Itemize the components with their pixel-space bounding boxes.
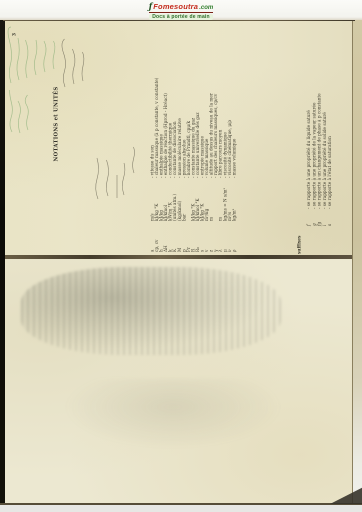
green-ink-scribbles (8, 27, 55, 133)
watermark-strip: ƒ Fomesoutra .com Docs à portée de main (0, 0, 362, 20)
screenshot-root: { "watermark": { "icon": "f-logo-icon", … (0, 0, 362, 512)
book-page: 3 NOTATIONS et UNITÉS a m/s - vitesse du… (5, 20, 352, 258)
notation-row: ρ kg/m³ - masse volumique (232, 24, 237, 252)
watermark-logo: ƒ Fomesoutra .com Docs à portée de main (149, 1, 213, 20)
brand-row: ƒ Fomesoutra .com (149, 1, 213, 13)
symbol-cell: ρ (232, 221, 237, 252)
bleedthrough-smudge (21, 267, 281, 355)
brand-suffix: .com (199, 5, 213, 11)
suffix-row: s - se rapporte à l'état de saturation (327, 24, 332, 254)
f-logo-icon: ƒ (149, 1, 152, 11)
suffix-symbol-cell: s (327, 209, 332, 226)
notation-table: a m/s - vitesse du son cp, cv kJ/kg °K -… (150, 24, 236, 252)
page-number: 3 (12, 33, 17, 36)
description-cell: - masse volumique (232, 24, 237, 178)
blank-page (3, 259, 352, 504)
brand-text: Fomesoutra (153, 2, 198, 11)
pencil-scribbles (62, 39, 135, 199)
suffix-indent (327, 226, 332, 254)
suffixes-heading: suffixes (297, 24, 302, 254)
table-surface-bottom (0, 503, 362, 512)
dark-left-edge (0, 18, 5, 504)
page-crease (3, 255, 353, 259)
unit-cell: kg/m³ (232, 178, 237, 221)
bleedthrough-smudge-faint (63, 379, 283, 449)
page-right-edge (352, 18, 362, 504)
suffix-description-cell: - se rapporte à l'état de saturation (327, 24, 332, 209)
brand-tagline: Docs à portée de main (149, 14, 213, 20)
suffixes-list: f - se rapporte à une propriété du liqui… (306, 24, 332, 254)
page-title: NOTATIONS et UNITÉS (53, 20, 59, 228)
suffixes-section: suffixes f - se rapporte à une propriété… (297, 24, 332, 254)
